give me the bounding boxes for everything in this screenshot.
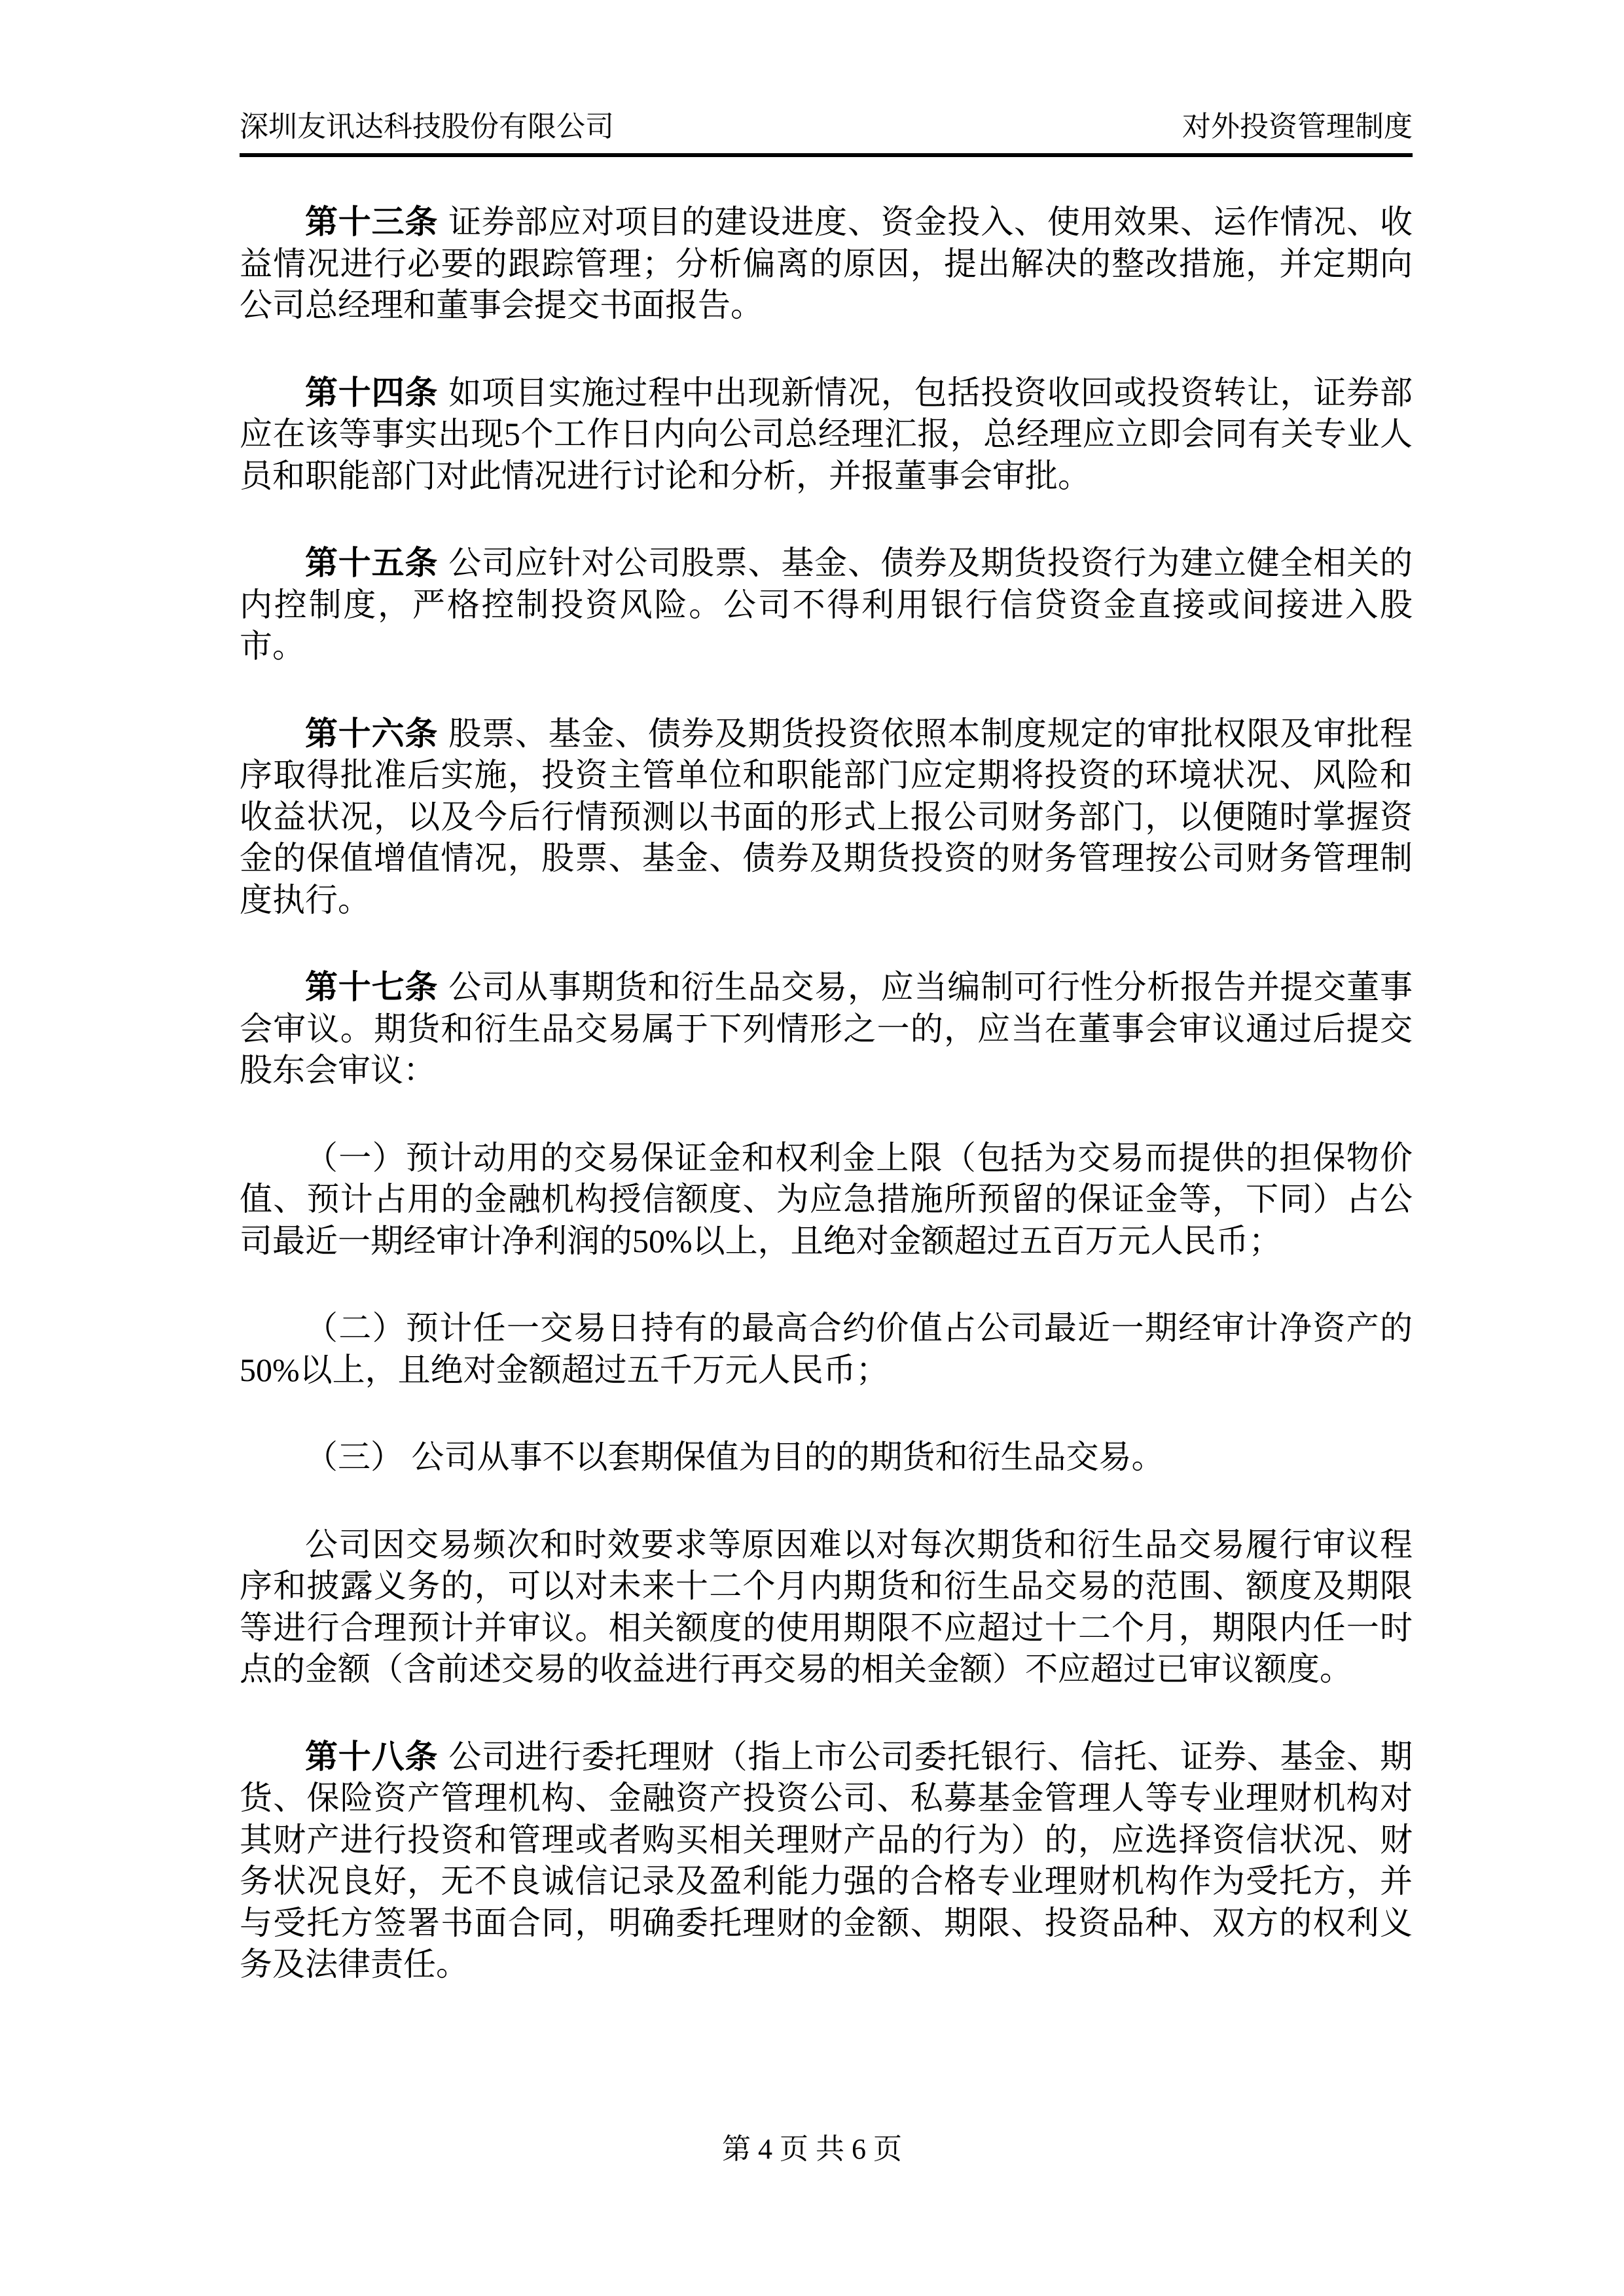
article-15-number: 第十五条 — [305, 545, 438, 581]
page-footer: 第 4 页 共 6 页 — [0, 2132, 1624, 2166]
page-header: 深圳友讯达科技股份有限公司 对外投资管理制度 — [240, 110, 1413, 157]
page-number-indicator: 第 4 页 共 6 页 — [722, 2133, 902, 2165]
item-2-text: （二）预计任一交易日持有的最高合约价值占公司最近一期经审计净资产的50%以上，且… — [240, 1310, 1413, 1388]
paragraph-article-13: 第十三条证券部应对项目的建设进度、资金投入、使用效果、运作情况、收益情况进行必要… — [240, 202, 1413, 327]
paragraph-article-17: 第十七条公司从事期货和衍生品交易，应当编制可行性分析报告并提交董事会审议。期货和… — [240, 967, 1413, 1092]
supplement-text: 公司因交易频次和时效要求等原因难以对每次期货和衍生品交易履行审议程序和披露义务的… — [240, 1526, 1413, 1688]
paragraph-article-15: 第十五条公司应针对公司股票、基金、债券及期货投资行为建立健全相关的内控制度，严格… — [240, 543, 1413, 668]
paragraph-article-14: 第十四条如项目实施过程中出现新情况，包括投资收回或投资转让，证券部应在该等事实出… — [240, 372, 1413, 497]
document-body: 第十三条证券部应对项目的建设进度、资金投入、使用效果、运作情况、收益情况进行必要… — [240, 202, 1413, 1986]
paragraph-article-18: 第十八条公司进行委托理财（指上市公司委托银行、信托、证券、基金、期货、保险资产管… — [240, 1736, 1413, 1986]
article-13-number: 第十三条 — [305, 204, 438, 240]
paragraph-supplement: 公司因交易频次和时效要求等原因难以对每次期货和衍生品交易履行审议程序和披露义务的… — [240, 1524, 1413, 1691]
paragraph-item-2: （二）预计任一交易日持有的最高合约价值占公司最近一期经审计净资产的50%以上，且… — [240, 1308, 1413, 1391]
article-16-number: 第十六条 — [305, 715, 438, 752]
article-18-number: 第十八条 — [305, 1738, 438, 1775]
item-1-text: （一）预计动用的交易保证金和权利金上限（包括为交易而提供的担保物价值、预计占用的… — [240, 1139, 1413, 1259]
paragraph-item-3: （三） 公司从事不以套期保值为目的的期货和衍生品交易。 — [240, 1437, 1413, 1479]
page-sheet: 深圳友讯达科技股份有限公司 对外投资管理制度 第十三条证券部应对项目的建设进度、… — [240, 110, 1413, 2032]
paragraph-article-16: 第十六条股票、基金、债券及期货投资依照本制度规定的审批权限及审批程序取得批准后实… — [240, 713, 1413, 922]
article-17-number: 第十七条 — [305, 969, 438, 1005]
header-doc-title: 对外投资管理制度 — [1182, 110, 1413, 144]
document-page: { "header": { "company": "深圳友讯达科技股份有限公司"… — [0, 0, 1624, 2296]
article-14-number: 第十四条 — [305, 374, 438, 411]
paragraph-item-1: （一）预计动用的交易保证金和权利金上限（包括为交易而提供的担保物价值、预计占用的… — [240, 1138, 1413, 1263]
item-3-text: （三） 公司从事不以套期保值为目的的期货和衍生品交易。 — [305, 1439, 1164, 1475]
header-company-name: 深圳友讯达科技股份有限公司 — [240, 110, 614, 144]
